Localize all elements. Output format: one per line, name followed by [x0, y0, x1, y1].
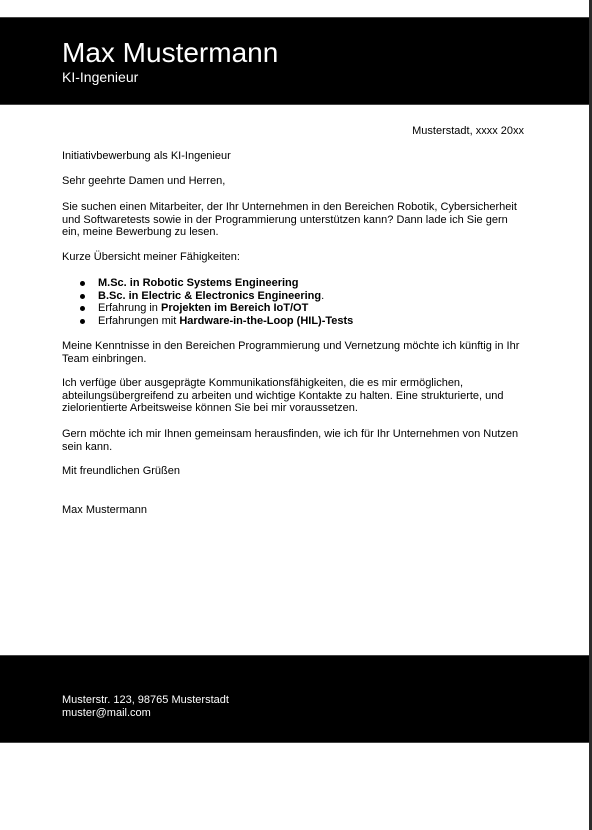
skill-item: Erfahrung in Projekten im Bereich IoT/OT: [62, 302, 353, 315]
applicant-role: KI-Ingenieur: [62, 69, 138, 86]
place-date: Musterstadt, xxxx 20xx: [412, 125, 524, 137]
signature-text: Max Mustermann: [62, 504, 527, 517]
bullet-icon: [80, 306, 85, 311]
skill-item: M.Sc. in Robotic Systems Engineering: [62, 277, 353, 290]
communication-text: Ich verfüge über ausgeprägte Kommunikati…: [62, 377, 512, 415]
footer-address: Musterstr. 123, 98765 Musterstadt: [62, 694, 229, 707]
intro-paragraph: Sie suchen einen Mitarbeiter, der Ihr Un…: [62, 201, 524, 239]
letter-page: Max Mustermann KI-Ingenieur Musterstadt,…: [0, 0, 592, 830]
valediction: Mit freundlichen Grüßen: [62, 465, 527, 478]
skill-bold: B.Sc. in Electric & Electronics Engineer…: [98, 290, 321, 302]
skill-bold: M.Sc. in Robotic Systems Engineering: [98, 277, 298, 289]
subject-text: Initiativbewerbung als KI-Ingenieur: [62, 150, 527, 163]
skills-list: M.Sc. in Robotic Systems Engineering B.S…: [62, 277, 353, 327]
footer-email: muster@mail.com: [62, 707, 151, 720]
intro-text: Sie suchen einen Mitarbeiter, der Ihr Un…: [62, 201, 524, 239]
knowledge-paragraph: Meine Kenntnisse in den Bereichen Progra…: [62, 340, 524, 365]
skill-item: B.Sc. in Electric & Electronics Engineer…: [62, 290, 353, 303]
skill-prefix: Erfahrung in: [98, 302, 161, 314]
salutation-text: Sehr geehrte Damen und Herren,: [62, 175, 527, 188]
skill-item: Erfahrungen mit Hardware-in-the-Loop (HI…: [62, 315, 353, 328]
footer-band: Musterstr. 123, 98765 Musterstadt muster…: [0, 655, 589, 743]
bullet-icon: [80, 319, 85, 324]
skill-suffix: .: [321, 290, 324, 302]
salutation: Sehr geehrte Damen und Herren,: [62, 175, 527, 188]
knowledge-text: Meine Kenntnisse in den Bereichen Progra…: [62, 340, 524, 365]
communication-paragraph: Ich verfüge über ausgeprägte Kommunikati…: [62, 377, 512, 415]
closing-text: Gern möchte ich mir Ihnen gemeinsam hera…: [62, 428, 524, 453]
closing-paragraph: Gern möchte ich mir Ihnen gemeinsam hera…: [62, 428, 524, 453]
bullet-icon: [80, 294, 85, 299]
applicant-name: Max Mustermann: [62, 37, 278, 69]
subject-line: Initiativbewerbung als KI-Ingenieur: [62, 150, 527, 163]
bullet-icon: [80, 281, 85, 286]
valediction-text: Mit freundlichen Grüßen: [62, 465, 527, 478]
skill-prefix: Erfahrungen mit: [98, 315, 179, 327]
skill-bold: Hardware-in-the-Loop (HIL)-Tests: [179, 315, 353, 327]
skills-intro-text: Kurze Übersicht meiner Fähigkeiten:: [62, 251, 527, 264]
signature: Max Mustermann: [62, 504, 527, 517]
header-band: Max Mustermann KI-Ingenieur: [0, 17, 589, 105]
skill-bold: Projekten im Bereich IoT/OT: [161, 302, 308, 314]
skills-intro: Kurze Übersicht meiner Fähigkeiten:: [62, 251, 527, 264]
